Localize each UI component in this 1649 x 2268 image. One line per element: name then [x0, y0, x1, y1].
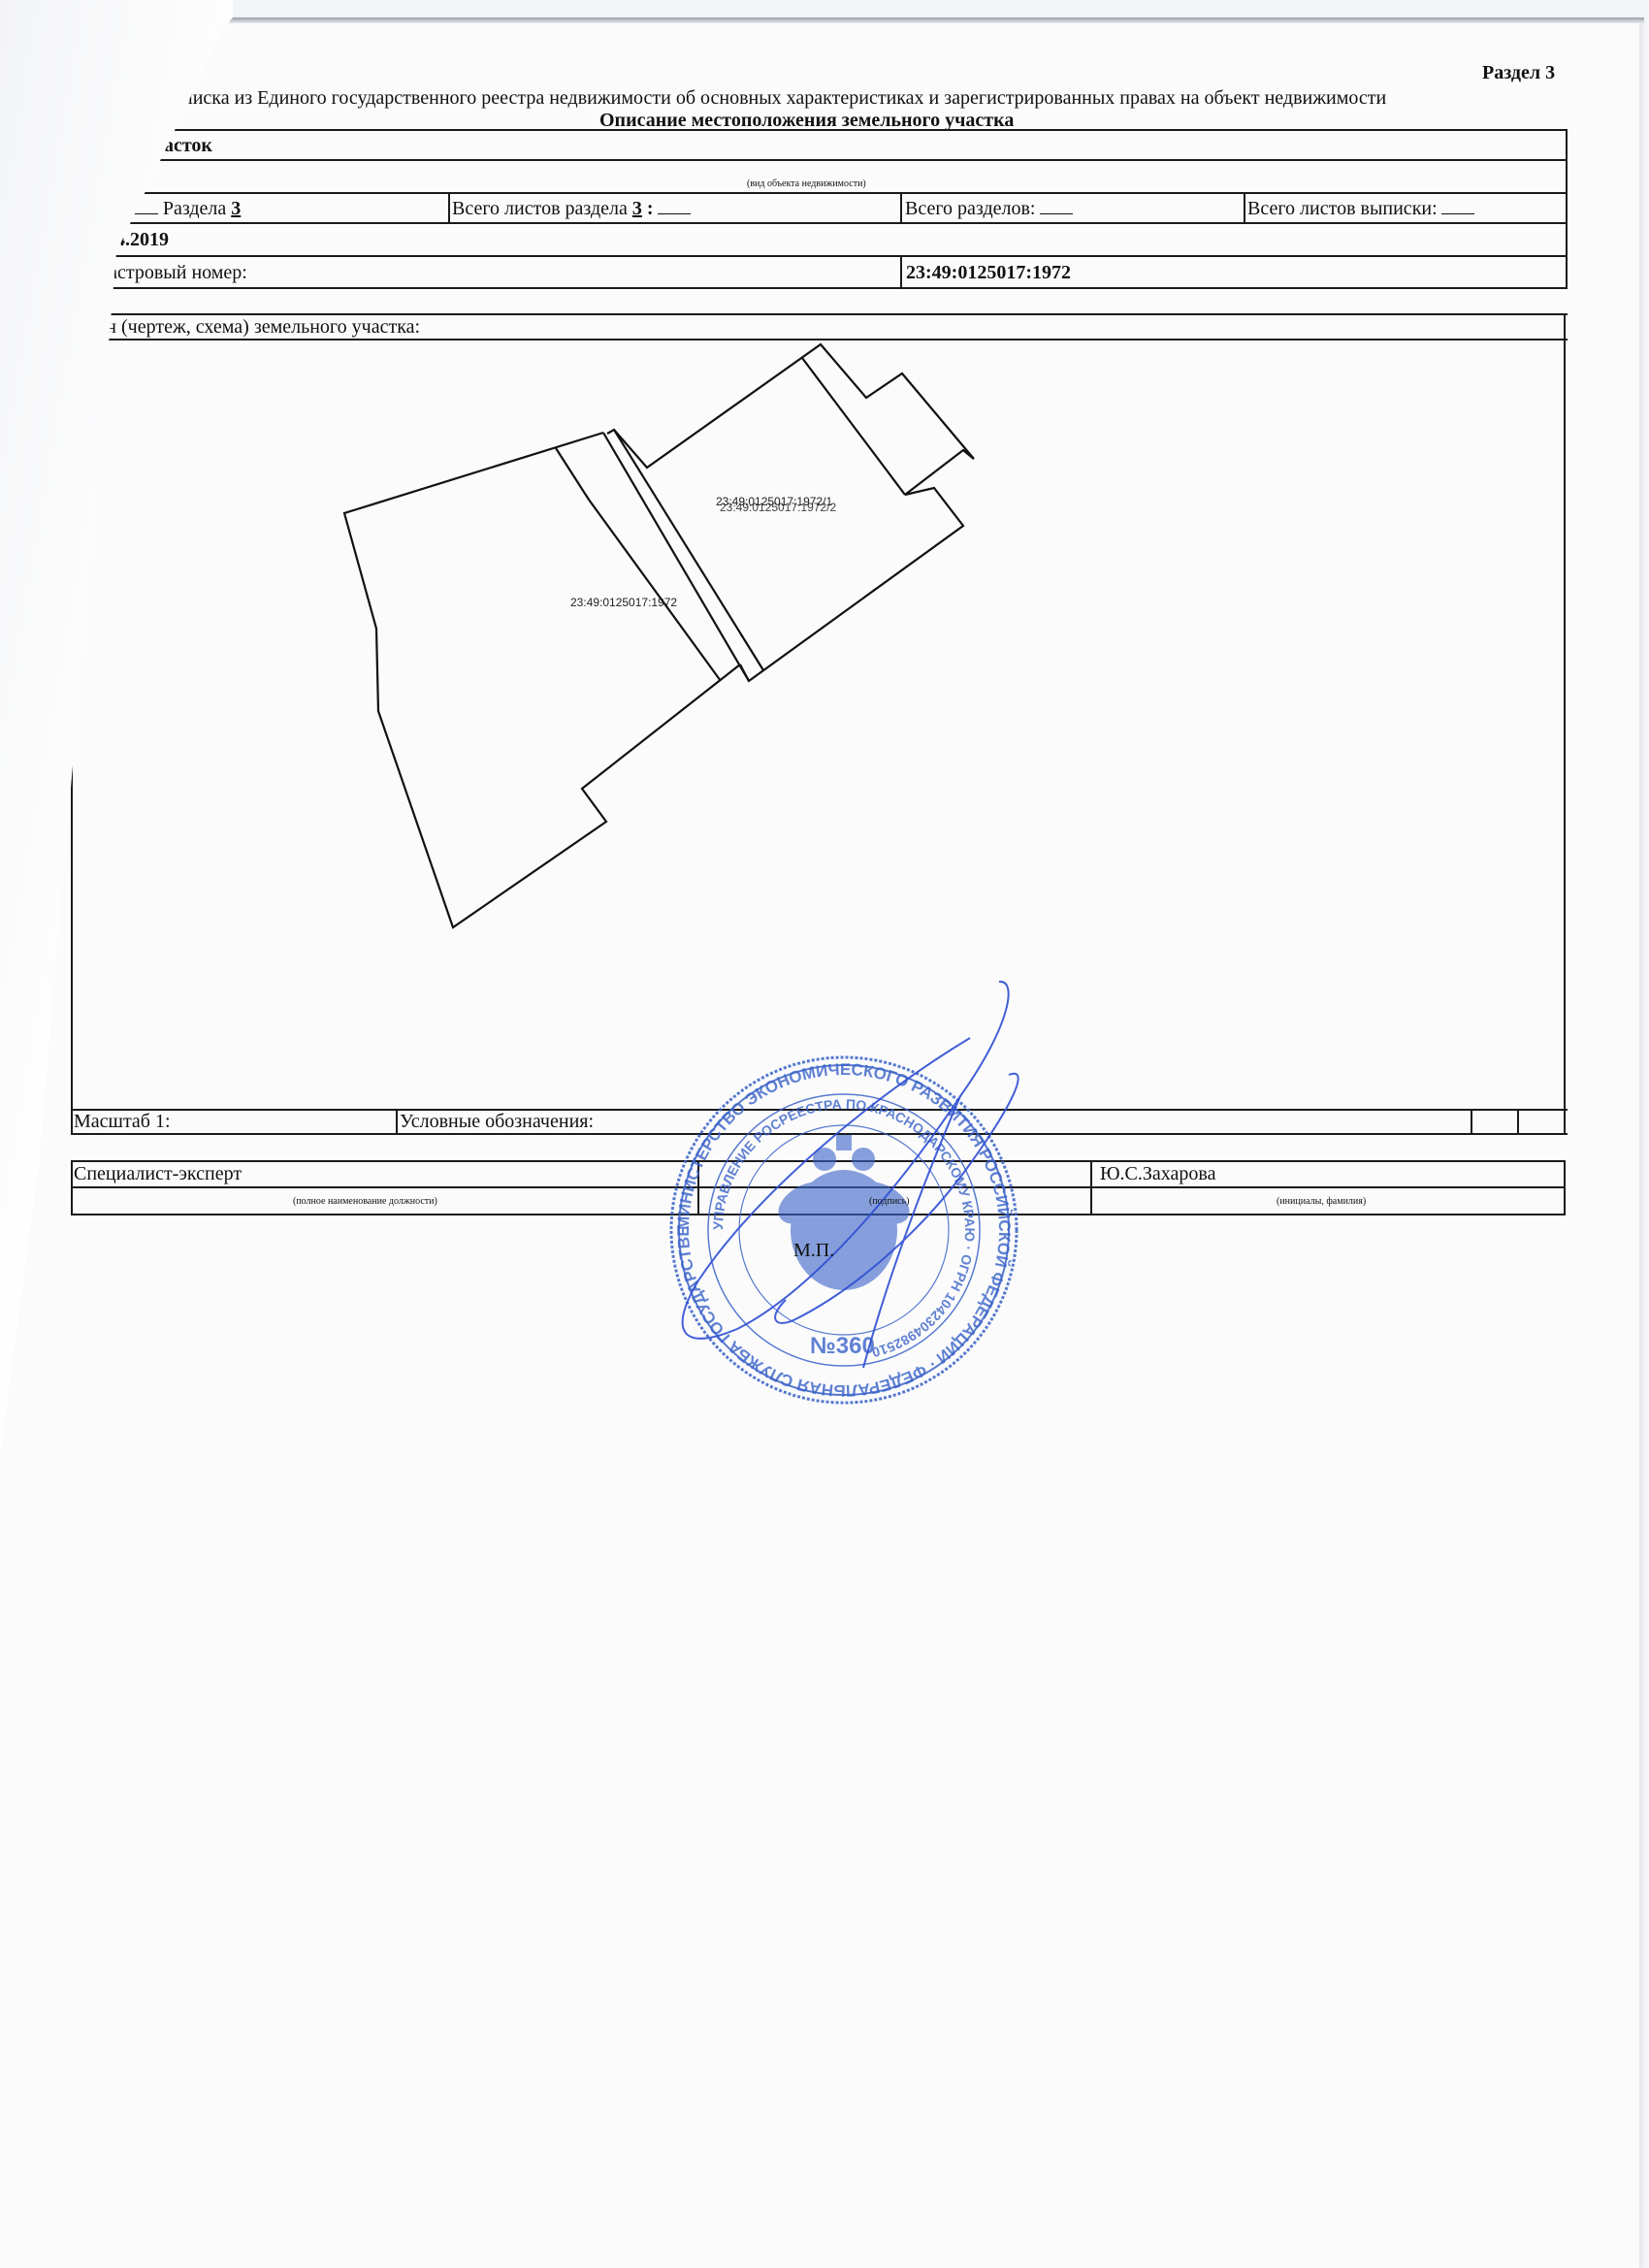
object-type-caption: (вид объекта недвижимости) [747, 178, 866, 189]
total-sections: Всего разделов: [905, 198, 1073, 220]
plan-title: План (чертеж, схема) земельного участка: [74, 316, 420, 339]
specialist-position: Специалист-эксперт [74, 1163, 242, 1185]
total-sheets-extract-label: Всего листов выписки: [1247, 198, 1438, 219]
document-title: писка из Единого государственного реестр… [182, 87, 1386, 110]
parcel-label-main: 23:49:0125017:1972 [570, 596, 677, 609]
seal-mark: М.П. [793, 1240, 834, 1262]
position-caption: (полное наименование должности) [293, 1196, 437, 1207]
name-caption: (инициалы, фамилия) [1277, 1196, 1366, 1207]
total-sheets-section-label: Всего листов раздела [452, 198, 628, 219]
section-label: Раздел 3 [1482, 62, 1555, 84]
total-sheets-section: Всего листов раздела 3 : [452, 198, 691, 220]
legend-label: Условные обозначения: [400, 1111, 594, 1133]
signature-caption: (подпись) [869, 1196, 910, 1207]
section-label-text: Раздела [163, 198, 226, 219]
total-sections-label: Всего разделов: [905, 198, 1036, 219]
document-page [0, 19, 1639, 2268]
scale-label: Масштаб 1: [74, 1111, 171, 1133]
parcel-label-part-2: 23:49:0125017:1972/2 [720, 501, 836, 514]
page-edge [209, 17, 1644, 23]
total-sheets-section-value: 3 [632, 198, 642, 219]
specialist-name: Ю.С.Захарова [1100, 1163, 1215, 1185]
total-sheets-extract: Всего листов выписки: [1247, 198, 1474, 220]
cadastral-number: 23:49:0125017:1972 [906, 262, 1071, 284]
section-value: 3 [231, 198, 241, 219]
